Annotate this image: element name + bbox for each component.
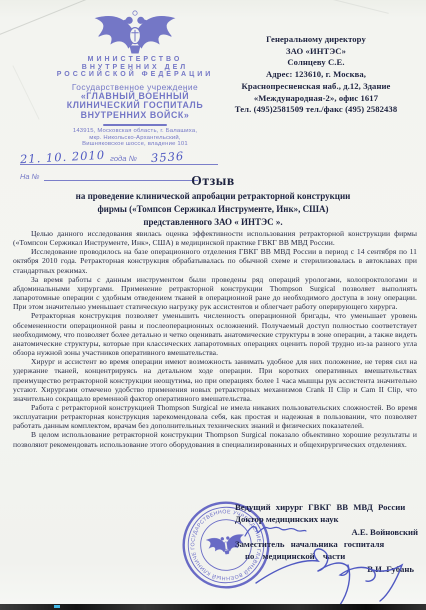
letter-body: Целью данного исследования явилась оценк… [13,229,417,449]
outgoing-date-line: 21. 10. 2010 года № 3536 [20,152,218,165]
recipient-line: «Международная-2», офис 1617 [210,93,422,105]
paragraph: В целом использование ретракторной конст… [13,430,417,448]
date-number-label: года № [110,154,137,163]
signature-area: ГОСУДАРСТВЕННОЕ УЧРЕЖДЕНИЕ • ГЛАВНЫЙ ВОЕ… [0,497,426,607]
paragraph: Исследование проводилось на базе операци… [13,247,417,274]
scan-artifact [54,605,60,608]
recipient-line: Генеральному директору [210,34,422,46]
recipient-line: Тел. (495)2581509 тел./факс (495) 258243… [210,104,422,116]
handwritten-signature-flourish-icon [252,543,412,607]
document-subtitle: фирмы («Томпсон Сержикал Инструменте, Ин… [0,204,426,215]
handwritten-date: 21. 10. 2010 [20,150,106,165]
recipient-line: Адрес: 123610, г. Москва, [210,69,422,81]
recipient-block: Генеральному директору ЗАО «ИНТЭС» Солнц… [210,34,422,116]
scan-edge-shadow [0,604,426,610]
title-block: Отзыв на проведение клинической апробаци… [0,173,426,228]
org-address: мкр. Никольско-Архангельский, [16,135,254,142]
recipient-line: Солнцеву С.Е. [210,57,422,69]
paragraph: Хирург и ассистент во время операции име… [13,357,417,403]
double-headed-eagle-icon [89,8,181,56]
scanned-letter-page: МИНИСТЕРСТВО ВНУТРЕННИХ ДЕЛ РОССИЙСКОЙ Ф… [0,0,426,610]
paragraph: Работа с ретракторной конструкцией Thomp… [13,403,417,430]
document-subtitle: на проведение клинической апробации ретр… [0,191,426,202]
paragraph: Целью данного исследования явилась оценк… [13,229,417,247]
signer-title-line: Ведущий хирург ГВКГ ВВ МВД России [235,501,418,513]
paragraph: Ретракторная конструкция позволяет умень… [13,311,417,357]
document-title: Отзыв [0,173,426,189]
paragraph: За время работы с данным инструментом бы… [13,275,417,312]
org-address: Вишняковское шоссе, владение 101 [16,141,254,148]
paper-crease [301,0,389,14]
recipient-line: ЗАО «ИНТЭС» [210,46,422,58]
recipient-line: Краснопресненская наб., д.12, Здание [210,81,422,93]
handwritten-signature-icon [242,521,308,541]
letterhead-divider [103,124,167,126]
org-address: 143915, Московская область, г. Балашиха, [16,128,254,135]
document-subtitle: представленного ЗАО « ИНТЭС ». [0,217,426,228]
handwritten-number: 3536 [150,151,184,164]
